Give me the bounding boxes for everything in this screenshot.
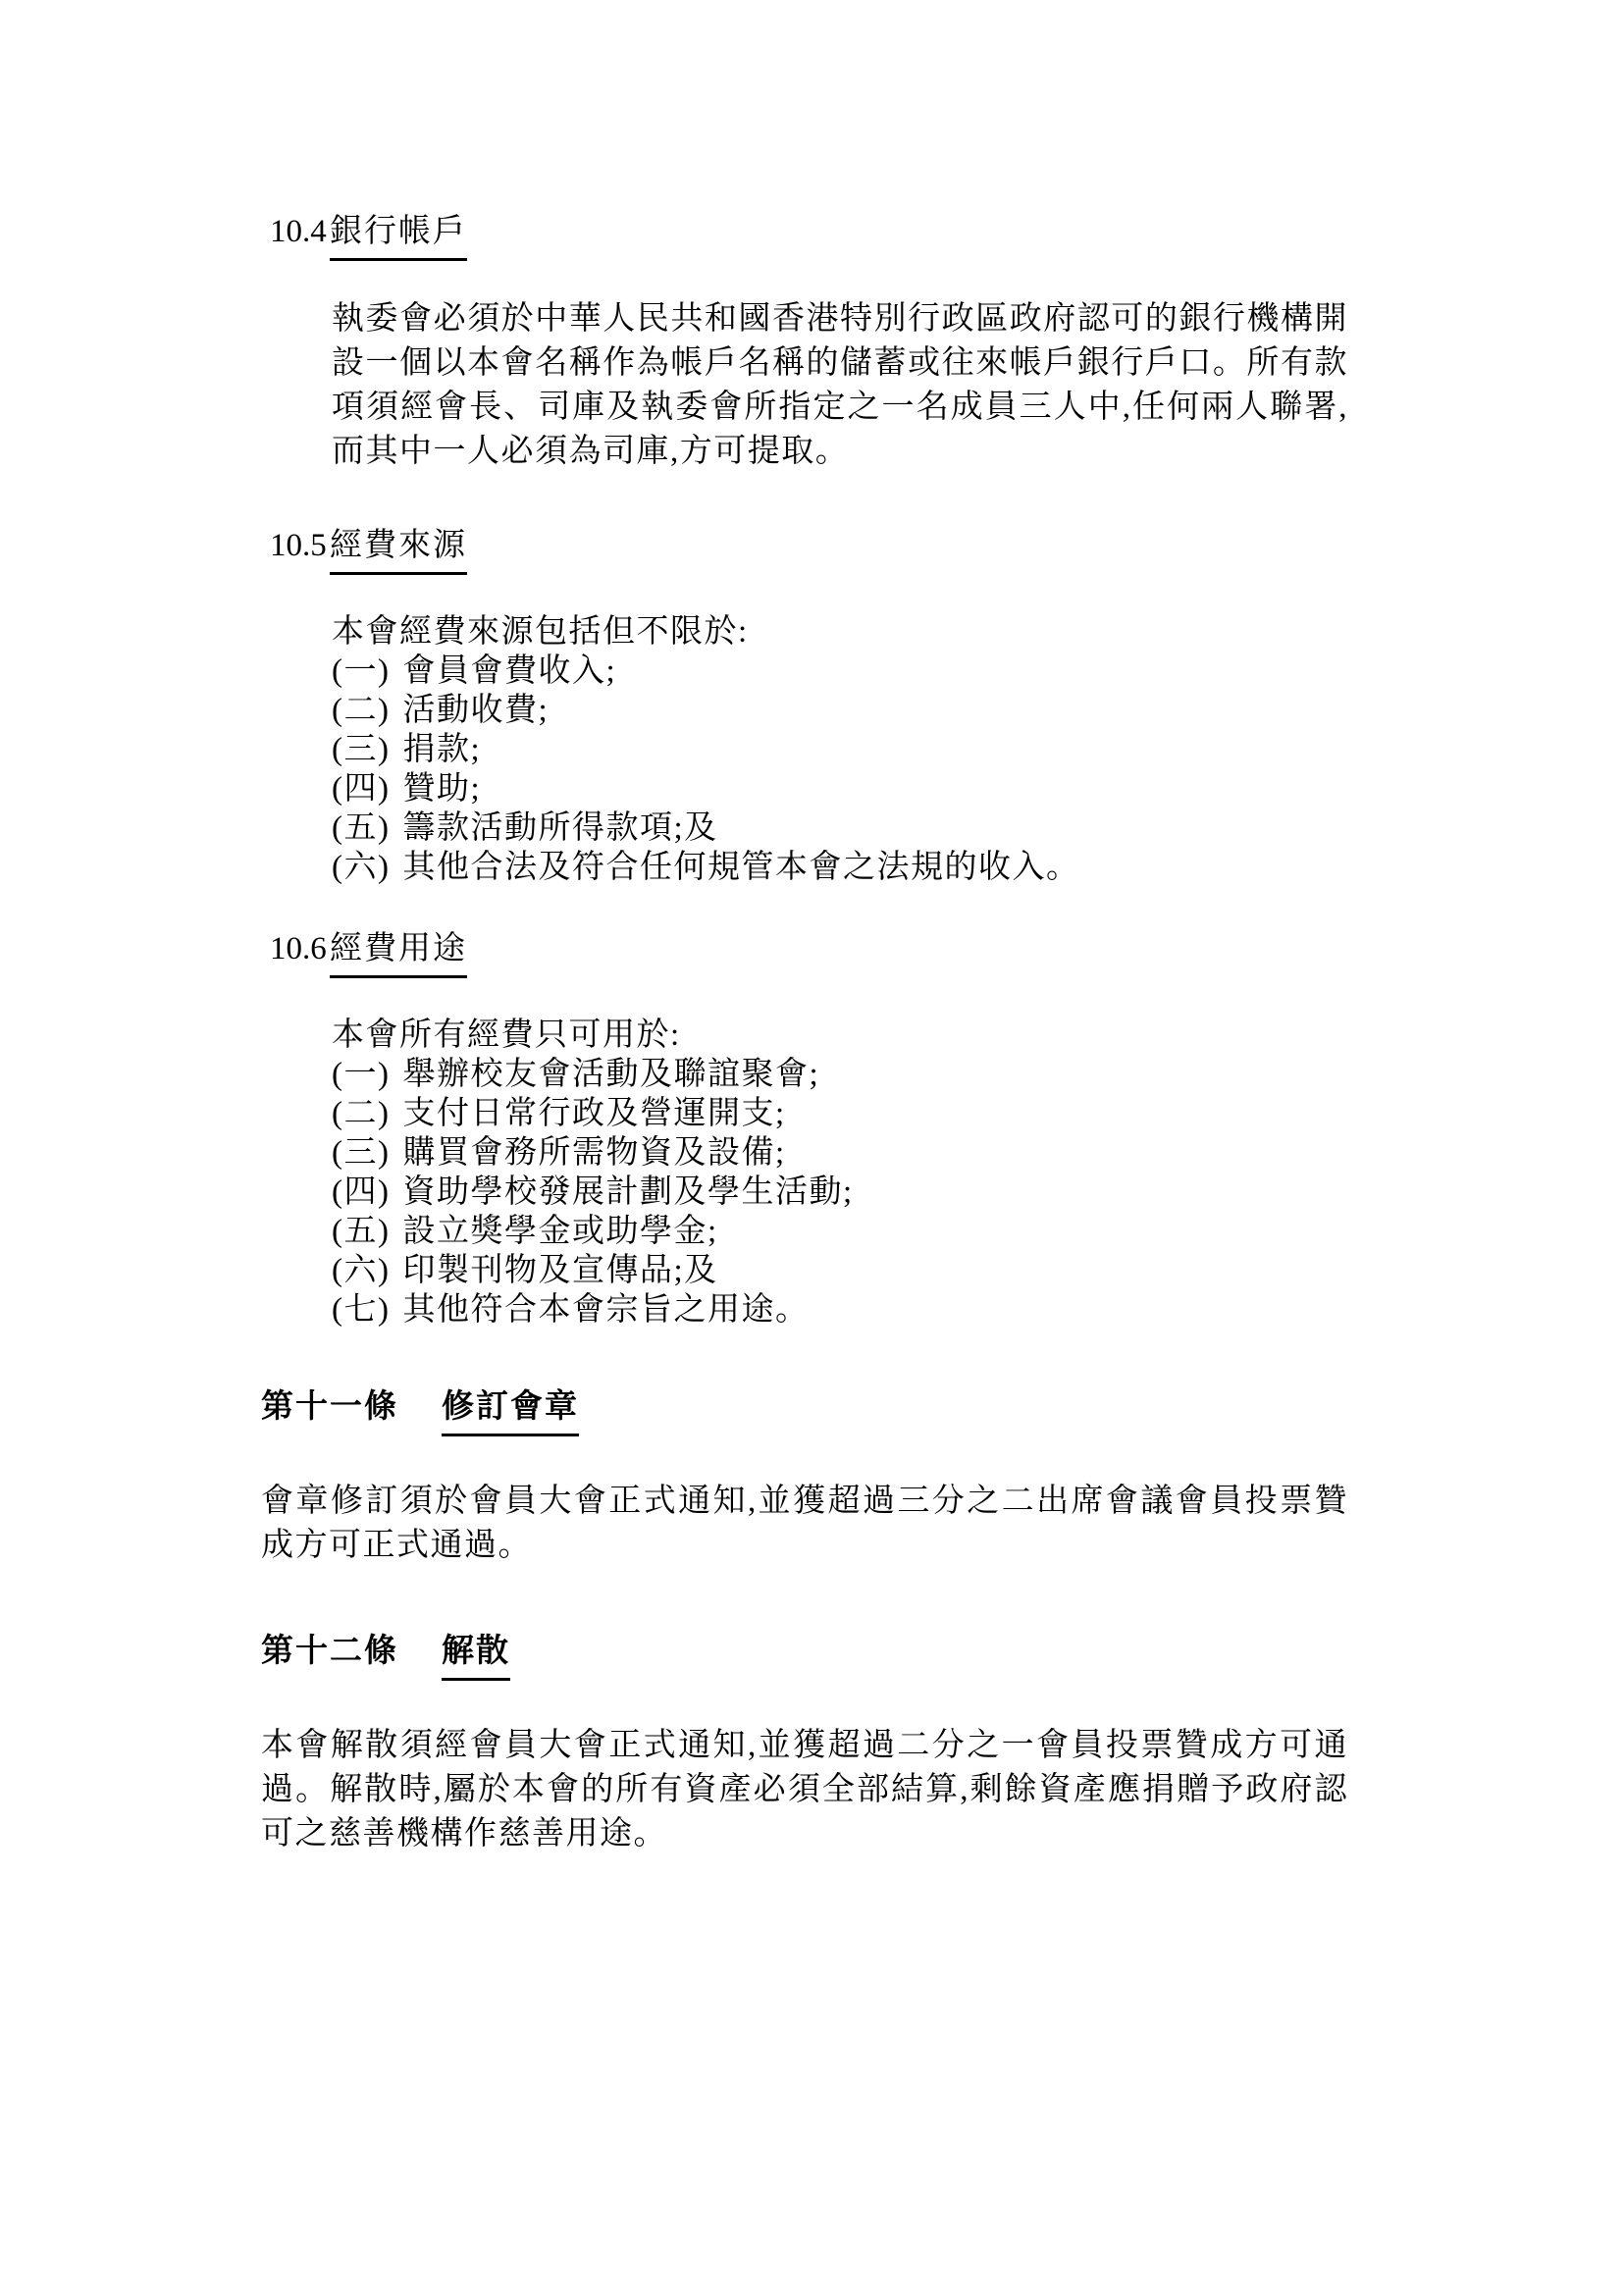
list-item: (三)捐款; (332, 730, 1348, 769)
list-item: (四)贊助; (332, 769, 1348, 808)
article-number: 第十一條 (261, 1384, 442, 1430)
list-item-text: 資助學校發展計劃及學生活動; (402, 1174, 853, 1210)
list-marker: (六) (332, 850, 390, 885)
list-marker: (一) (332, 1057, 390, 1092)
article-number: 第十二條 (261, 1629, 442, 1674)
list-item-text: 贊助; (402, 771, 481, 807)
list-item: (六)其他合法及符合任何規管本會之法規的收入。 (332, 848, 1348, 887)
list-marker: (一) (332, 653, 390, 689)
funding-usage-list: (一)舉辦校友會活動及聯誼聚會; (二)支付日常行政及營運開支; (三)購買會務… (332, 1055, 1348, 1330)
article-title: 修訂會章 (442, 1384, 579, 1436)
list-item: (二)支付日常行政及營運開支; (332, 1094, 1348, 1133)
list-item-text: 捐款; (402, 732, 481, 767)
list-item: (五)籌款活動所得款項;及 (332, 808, 1348, 848)
list-item: (六)印製刊物及宣傳品;及 (332, 1251, 1348, 1290)
list-item-text: 支付日常行政及營運開支; (402, 1096, 785, 1131)
list-marker: (二) (332, 693, 390, 728)
subsection-title: 經費用途 (330, 926, 467, 978)
article-heading-11: 第十一條修訂會章 (261, 1384, 1348, 1436)
list-item: (三)購買會務所需物資及設備; (332, 1133, 1348, 1173)
subsection-number: 10.6 (270, 926, 330, 971)
list-item-text: 籌款活動所得款項;及 (402, 810, 717, 846)
list-item-text: 其他合法及符合任何規管本會之法規的收入。 (402, 850, 1079, 885)
list-item: (二)活動收費; (332, 691, 1348, 730)
subsection-title: 經費來源 (330, 523, 467, 575)
list-marker: (三) (332, 1135, 390, 1171)
funding-sources-list: (一)會員會費收入; (二)活動收費; (三)捐款; (四)贊助; (五)籌款活… (332, 652, 1348, 887)
list-marker: (五) (332, 810, 390, 846)
list-marker: (三) (332, 732, 390, 767)
subsection-number: 10.4 (270, 209, 330, 254)
list-marker: (六) (332, 1253, 390, 1288)
list-marker: (七) (332, 1292, 390, 1328)
list-marker: (二) (332, 1096, 390, 1131)
list-item-text: 舉辦校友會活動及聯誼聚會; (402, 1057, 819, 1092)
list-item-text: 其他符合本會宗旨之用途。 (402, 1292, 809, 1328)
list-marker: (四) (332, 1174, 390, 1210)
list-item-text: 活動收費; (402, 693, 549, 728)
article-heading-12: 第十二條解散 (261, 1629, 1348, 1681)
article-paragraph: 本會解散須經會員大會正式通知,並獲超過二分之一會員投票贊成方可通過。解散時,屬於… (261, 1724, 1348, 1856)
document-content: 10.4銀行帳戶 執委會必須於中華人民共和國香港特別行政區政府認可的銀行機構開設… (261, 0, 1348, 1856)
list-intro: 本會所有經費只可用於: (332, 1016, 1348, 1055)
list-item: (一)會員會費收入; (332, 652, 1348, 691)
list-item-text: 購買會務所需物資及設備; (402, 1135, 785, 1171)
list-marker: (五) (332, 1214, 390, 1249)
list-item: (五)設立獎學金或助學金; (332, 1212, 1348, 1251)
list-item-text: 會員會費收入; (402, 653, 616, 689)
article-title: 解散 (442, 1629, 510, 1681)
subsection-title: 銀行帳戶 (330, 209, 467, 261)
subsection-heading-10-6: 10.6經費用途 (261, 926, 1348, 978)
list-marker: (四) (332, 771, 390, 807)
subsection-heading-10-5: 10.5經費來源 (261, 523, 1348, 575)
document-page: 10.4銀行帳戶 執委會必須於中華人民共和國香港特別行政區政府認可的銀行機構開設… (0, 0, 1624, 2295)
list-item: (四)資助學校發展計劃及學生活動; (332, 1173, 1348, 1212)
list-item: (七)其他符合本會宗旨之用途。 (332, 1290, 1348, 1330)
subsection-number: 10.5 (270, 523, 330, 568)
list-intro: 本會經費來源包括但不限於: (332, 612, 1348, 652)
subsection-heading-10-4: 10.4銀行帳戶 (261, 209, 1348, 261)
list-item-text: 印製刊物及宣傳品;及 (402, 1253, 717, 1288)
list-item-text: 設立獎學金或助學金; (402, 1214, 717, 1249)
list-item: (一)舉辦校友會活動及聯誼聚會; (332, 1055, 1348, 1094)
subsection-paragraph: 執委會必須於中華人民共和國香港特別行政區政府認可的銀行機構開設一個以本會名稱作為… (332, 297, 1348, 474)
article-paragraph: 會章修訂須於會員大會正式通知,並獲超過三分之二出席會議會員投票贊成方可正式通過。 (261, 1480, 1348, 1568)
